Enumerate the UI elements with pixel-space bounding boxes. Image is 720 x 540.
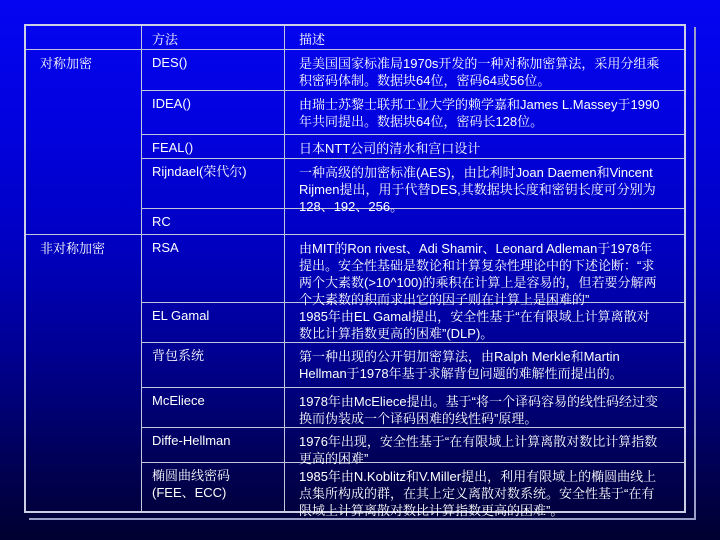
slide-background: 方法 描述 对称加密 非对称加密 DES() 是美国国家标准局1970s开发的一…	[0, 0, 720, 540]
method-cell-mceliece: McEliece	[142, 388, 285, 428]
description-cell-feal: 日本NTT公司的清水和宫口设计	[285, 135, 684, 159]
category-asymmetric-encryption: 非对称加密	[26, 235, 142, 511]
description-cell-rc	[285, 209, 684, 235]
method-cell-elgamal: EL Gamal	[142, 303, 285, 343]
description-cell-mceliece: 1978年由McEliece提出。基于“将一个译码容易的线性码经过变换而伪装成一…	[285, 388, 684, 428]
description-cell-ecc: 1985年由N.Koblitz和V.Miller提出，利用有限域上的椭圆曲线上点…	[285, 463, 684, 511]
table-shadow-right	[694, 27, 696, 520]
header-method: 方法	[142, 26, 285, 50]
description-cell-rijndael: 一种高级的加密标准(AES)，由比利时Joan Daemen和Vincent R…	[285, 159, 684, 209]
method-cell-diffe-hellman: Diffe-Hellman	[142, 428, 285, 463]
header-description: 描述	[285, 26, 684, 50]
method-cell-feal: FEAL()	[142, 135, 285, 159]
method-cell-knapsack: 背包系统	[142, 343, 285, 388]
category-symmetric-encryption: 对称加密	[26, 50, 142, 235]
method-cell-rijndael: Rijndael(荣代尔)	[142, 159, 285, 209]
method-cell-rc: RC	[142, 209, 285, 235]
description-cell-idea: 由瑞士苏黎士联邦工业大学的赖学嘉和James L.Massey于1990年共同提…	[285, 91, 684, 135]
description-cell-elgamal: 1985年由EL Gamal提出，安全性基于“在有限域上计算离散对数比计算指数更…	[285, 303, 684, 343]
header-category-cell	[26, 26, 142, 50]
method-cell-des: DES()	[142, 50, 285, 91]
description-cell-diffe-hellman: 1976年出现，安全性基于“在有限域上计算离散对数比计算指数更高的困难”	[285, 428, 684, 463]
description-cell-des: 是美国国家标准局1970s开发的一种对称加密算法，采用分组乘积密码体制。数据块6…	[285, 50, 684, 91]
method-cell-rsa: RSA	[142, 235, 285, 303]
description-cell-knapsack: 第一种出现的公开钥加密算法，由Ralph Merkle和Martin Hellm…	[285, 343, 684, 388]
table-shadow-bottom	[29, 518, 696, 520]
description-cell-rsa: 由MIT的Ron rivest、Adi Shamir、Leonard Adlem…	[285, 235, 684, 303]
method-cell-ecc: 椭圆曲线密码 (FEE、ECC)	[142, 463, 285, 511]
method-cell-idea: IDEA()	[142, 91, 285, 135]
encryption-table: 方法 描述 对称加密 非对称加密 DES() 是美国国家标准局1970s开发的一…	[24, 24, 686, 513]
